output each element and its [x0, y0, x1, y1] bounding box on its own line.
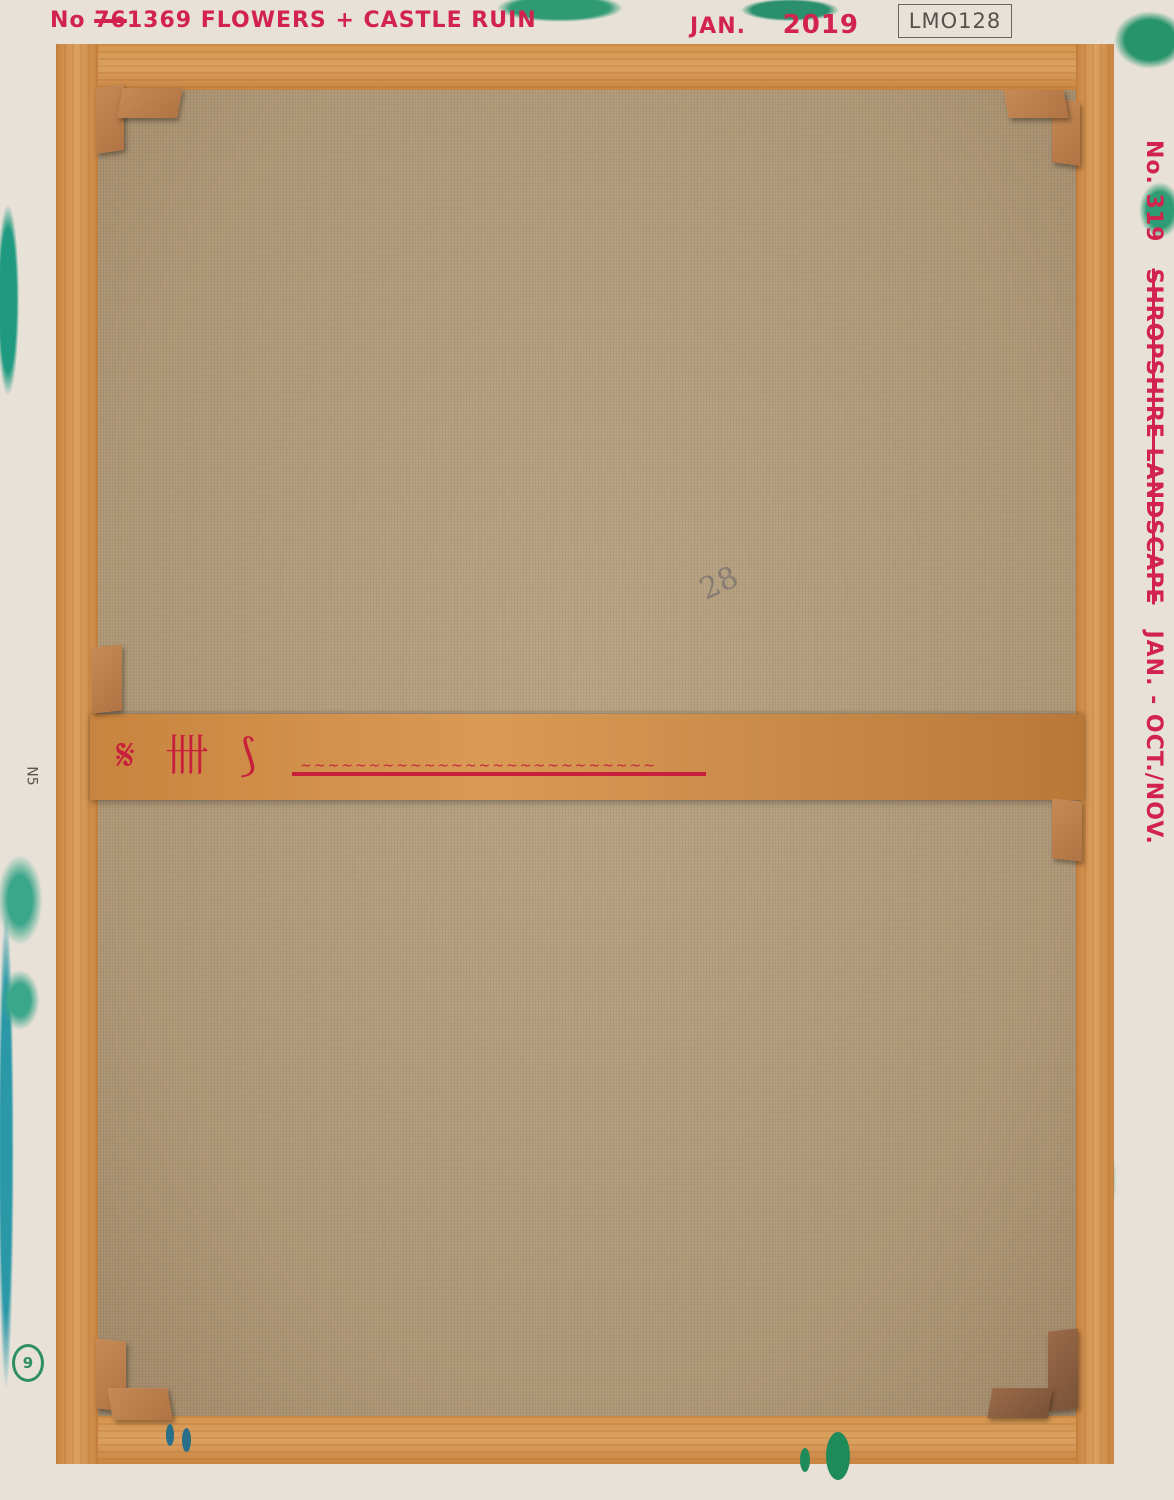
signature-mark: ⟆ [239, 734, 256, 778]
signature-mark: 卌 [165, 734, 209, 778]
corner-key-top-right [1004, 90, 1069, 118]
paint-drip [800, 1448, 810, 1472]
catalogue-number: 1369 [127, 8, 192, 33]
paint-drip [182, 1428, 191, 1452]
pencil-note-left: N5 [24, 766, 40, 785]
date-inscription: JAN. 2019 [690, 10, 859, 40]
green-circled-number: 9 [12, 1344, 44, 1382]
date-month: JAN. [690, 14, 746, 39]
corner-key-top-left [96, 84, 124, 154]
stretcher-bar-bottom [60, 1416, 1110, 1464]
key-middle-right [1052, 798, 1082, 861]
side-catalogue-number: 319 [1141, 194, 1166, 243]
date-year: 2019 [783, 10, 859, 40]
side-date: JAN. - OCT./NOV. [1141, 630, 1166, 844]
corner-key-top-left [117, 88, 182, 118]
strike-through-line [292, 772, 706, 776]
stretcher-bar-top [60, 44, 1110, 90]
key-middle-left [92, 644, 122, 713]
crossbar-signature-marks: 𝄋 卌 ⟆ [116, 716, 256, 796]
corner-key-bottom-right [1048, 1328, 1078, 1411]
side-title: SHROPSHIRE LANDSCAPE [1141, 268, 1166, 604]
painting-title: FLOWERS + CASTLE RUIN [201, 8, 537, 33]
signature-mark: 𝄋 [116, 734, 135, 778]
side-number-prefix: No. [1141, 140, 1166, 185]
corner-key-bottom-left [107, 1388, 173, 1420]
side-inscription: No. 319 SHROPSHIRE LANDSCAPE JAN. - OCT.… [1141, 140, 1166, 845]
number-prefix: No [50, 8, 86, 33]
corner-key-bottom-right [987, 1388, 1052, 1418]
struck-number: 76 [94, 8, 127, 33]
title-inscription: No 761369 FLOWERS + CASTLE RUIN [50, 8, 537, 33]
paint-drip [166, 1424, 174, 1446]
inventory-code-box: LMO128 [898, 4, 1012, 38]
paint-drip [826, 1432, 850, 1480]
